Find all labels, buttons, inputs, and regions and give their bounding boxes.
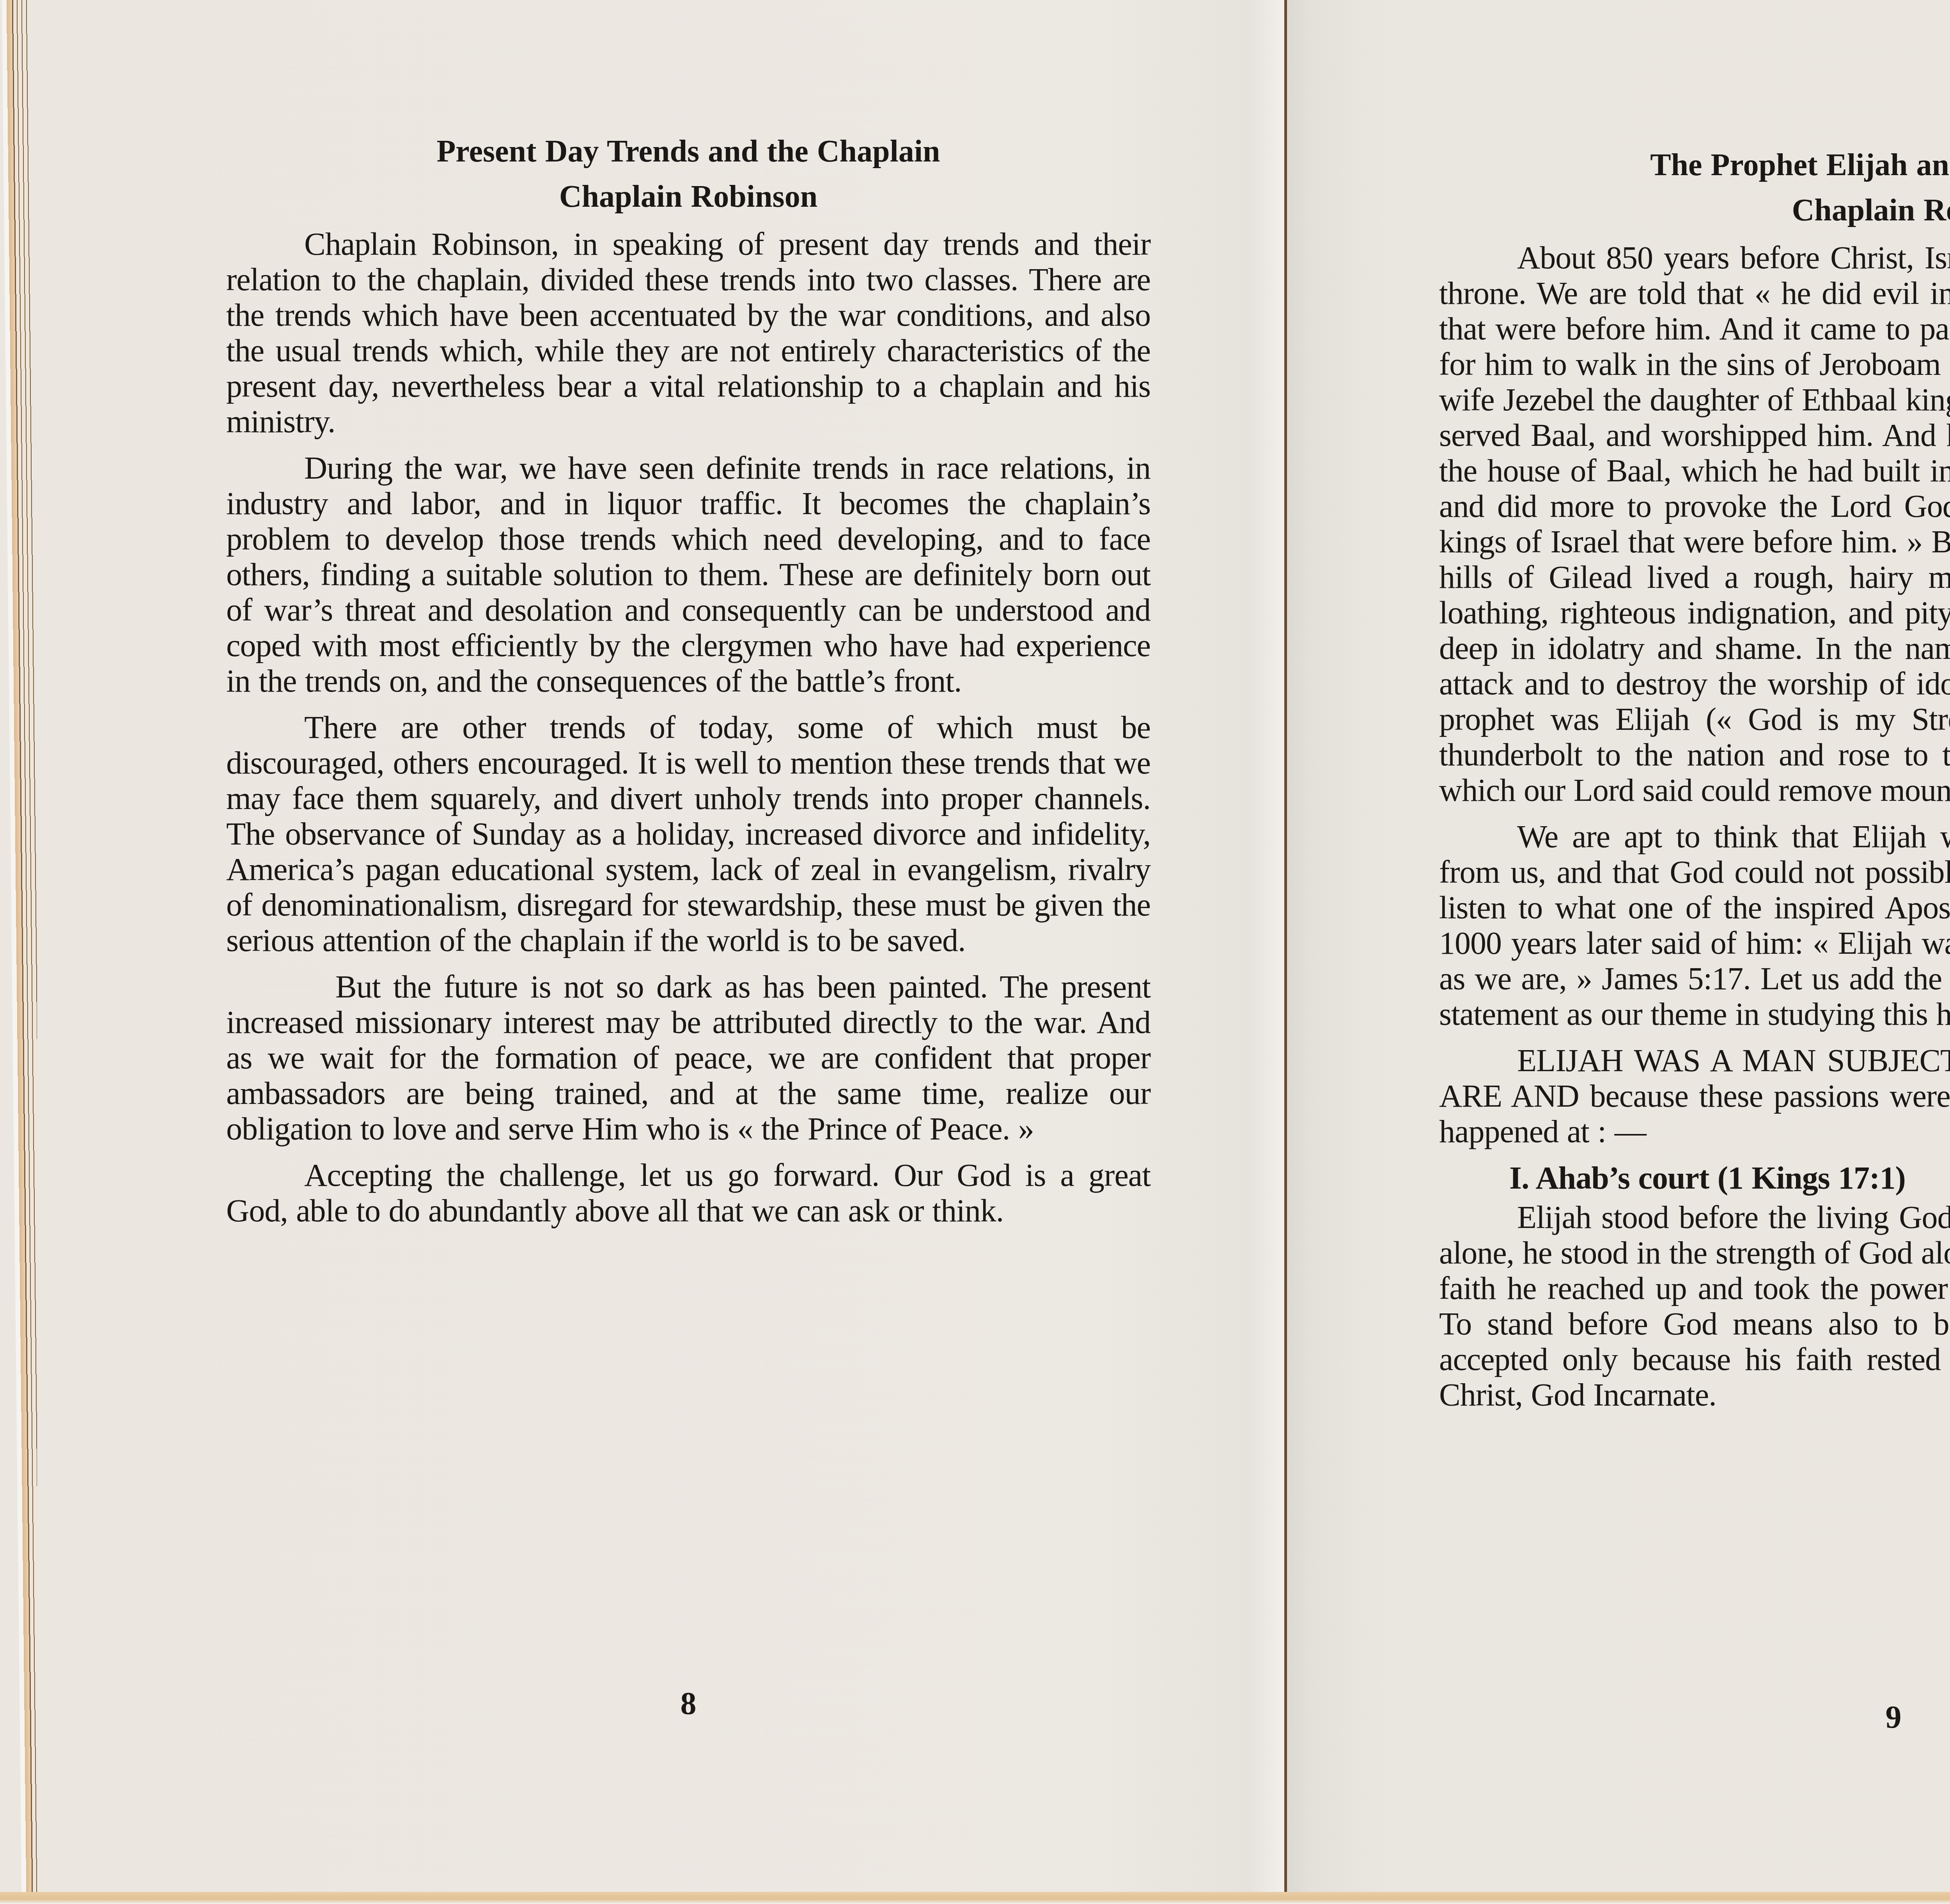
paragraph: Accepting the challenge, let us go forwa…: [226, 1157, 1150, 1228]
left-page-content: Present Day Trends and the Chaplain Chap…: [226, 129, 1150, 1239]
left-page-author: Chaplain Robinson: [226, 174, 1150, 219]
left-page-title: Present Day Trends and the Chaplain: [226, 129, 1150, 174]
right-page-title: The Prophet Elijah and the Chaplain: [1439, 142, 1950, 188]
booklet-spread: Present Day Trends and the Chaplain Chap…: [0, 0, 1950, 1904]
section-heading: I. Ahab’s court (1 Kings 17:1): [1439, 1160, 1950, 1196]
paragraph: We are apt to think that Elijah was a di…: [1439, 819, 1950, 1032]
paragraph: There are other trends of today, some of…: [226, 710, 1150, 958]
page-number-left: 8: [649, 1685, 727, 1722]
paragraph: Chaplain Robinson, in speaking of presen…: [226, 226, 1150, 439]
paragraph: Elijah stood before the living God: he c…: [1439, 1200, 1950, 1412]
right-page-content: The Prophet Elijah and the Chaplain Chap…: [1439, 142, 1950, 1423]
paragraph: ELIJAH WAS A MAN SUBJECT TO LIKE PASSION…: [1439, 1043, 1950, 1149]
paragraph: But the future is not so dark as has bee…: [226, 969, 1150, 1146]
bottom-page-edge: [0, 1892, 1950, 1904]
spine-gutter: [1284, 0, 1287, 1892]
paragraph: About 850 years before Christ, Israel’s …: [1439, 240, 1950, 808]
paragraph: During the war, we have seen definite tr…: [226, 450, 1150, 699]
right-page-author: Chaplain Ressel: [1439, 188, 1950, 233]
page-number-right: 9: [1854, 1699, 1932, 1735]
